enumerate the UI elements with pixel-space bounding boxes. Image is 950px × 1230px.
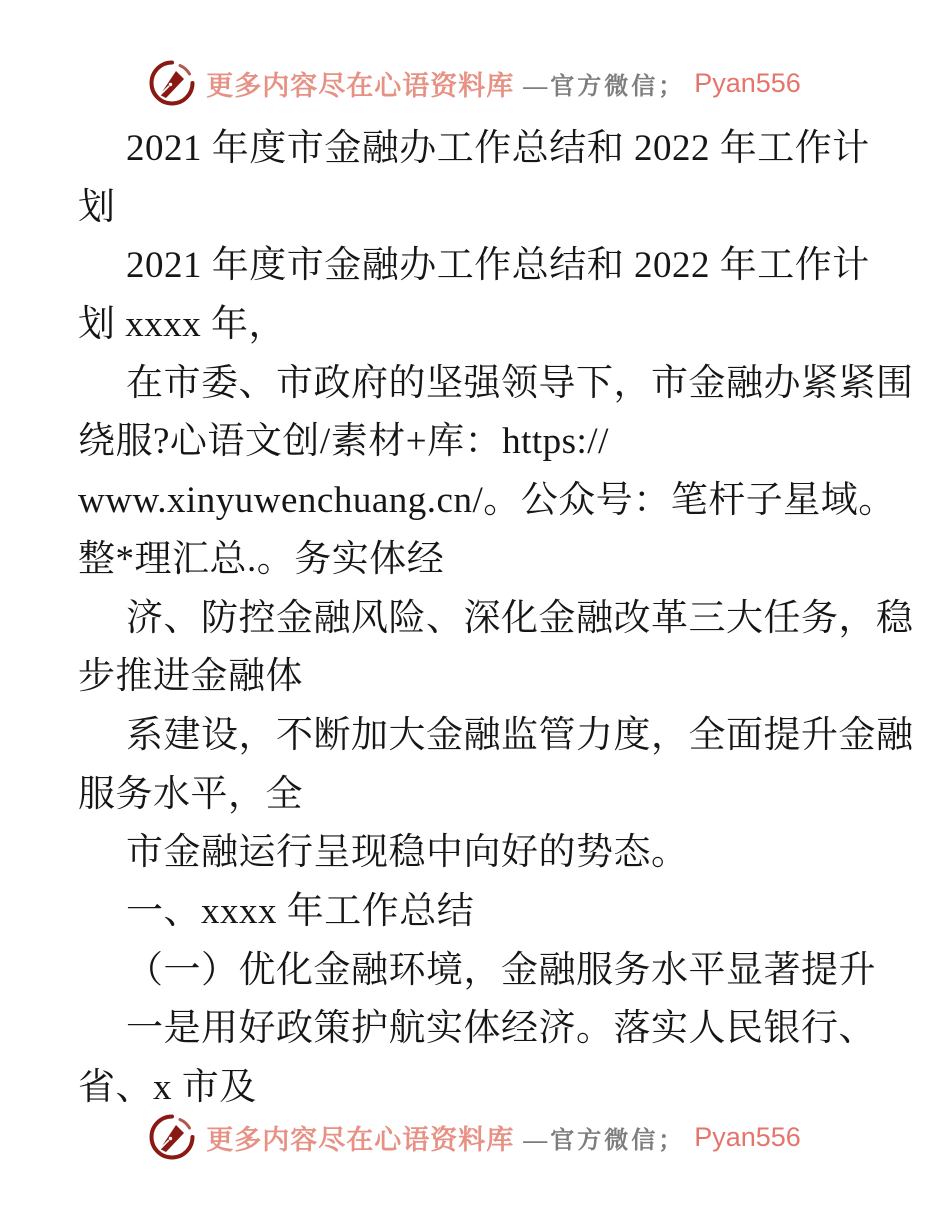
paragraph: 在市委、市政府的坚强领导下，市金融办紧紧围 绕服?心语文创/素材+库：https… [78,355,872,590]
paragraph-subsection-heading: （一）优化金融环境，金融服务水平显著提升 [78,942,872,1001]
paragraph: 2021 年度市金融办工作总结和 2022 年工作计 划 xxxx 年， [78,237,872,354]
watermark-wechat-account: Pyan556 [694,68,801,99]
text-line: 一、xxxx 年工作总结 [78,883,872,942]
watermark-text: 更多内容尽在心语资料库 [206,1118,514,1157]
text-line: 系建设，不断加大金融监管力度，全面提升金融 [78,707,872,766]
text-line: 省、x 市及 [78,1059,872,1118]
watermark-wechat-account: Pyan556 [694,1122,801,1153]
text-line: www.xinyuwenchuang.cn/。公众号：笔杆子星域。 [78,472,872,531]
text-line: 济、防控金融风险、深化金融改革三大任务，稳 [78,590,872,649]
watermark-footer: 更多内容尽在心语资料库 —官方微信； Pyan556 [0,1112,950,1162]
text-line: 在市委、市政府的坚强领导下，市金融办紧紧围 [78,355,872,414]
paragraph: 市金融运行呈现稳中向好的势态。 [78,824,872,883]
watermark-wechat-label: —官方微信； [523,66,685,101]
text-line: 一是用好政策护航实体经济。落实人民银行、 [78,1000,872,1059]
text-line: 划 [78,179,872,238]
paragraph-section-heading: 一、xxxx 年工作总结 [78,883,872,942]
text-line: 划 xxxx 年， [78,296,872,355]
document-body: 2021 年度市金融办工作总结和 2022 年工作计 划 2021 年度市金融办… [78,120,872,1118]
paragraph: 济、防控金融风险、深化金融改革三大任务，稳 步推进金融体 [78,590,872,707]
text-line: 2021 年度市金融办工作总结和 2022 年工作计 [78,120,872,179]
paragraph: 一是用好政策护航实体经济。落实人民银行、 省、x 市及 [78,1000,872,1117]
text-line: 服务水平，全 [78,766,872,825]
xinyu-pen-logo-icon [149,1112,197,1162]
text-line: （一）优化金融环境，金融服务水平显著提升 [78,942,872,1001]
watermark-wechat-label: —官方微信； [523,1120,685,1155]
watermark-header: 更多内容尽在心语资料库 —官方微信； Pyan556 [0,58,950,108]
watermark-text: 更多内容尽在心语资料库 [206,64,514,103]
text-line: 2021 年度市金融办工作总结和 2022 年工作计 [78,237,872,296]
text-line: 绕服?心语文创/素材+库：https:// [78,413,872,472]
text-line: 市金融运行呈现稳中向好的势态。 [78,824,872,883]
xinyu-pen-logo-icon [149,58,197,108]
document-page: 更多内容尽在心语资料库 —官方微信； Pyan556 2021 年度市金融办工作… [0,0,950,1230]
text-line: 步推进金融体 [78,648,872,707]
paragraph: 系建设，不断加大金融监管力度，全面提升金融 服务水平，全 [78,707,872,824]
text-line: 整*理汇总.。务实体经 [78,531,872,590]
paragraph-title: 2021 年度市金融办工作总结和 2022 年工作计 划 [78,120,872,237]
